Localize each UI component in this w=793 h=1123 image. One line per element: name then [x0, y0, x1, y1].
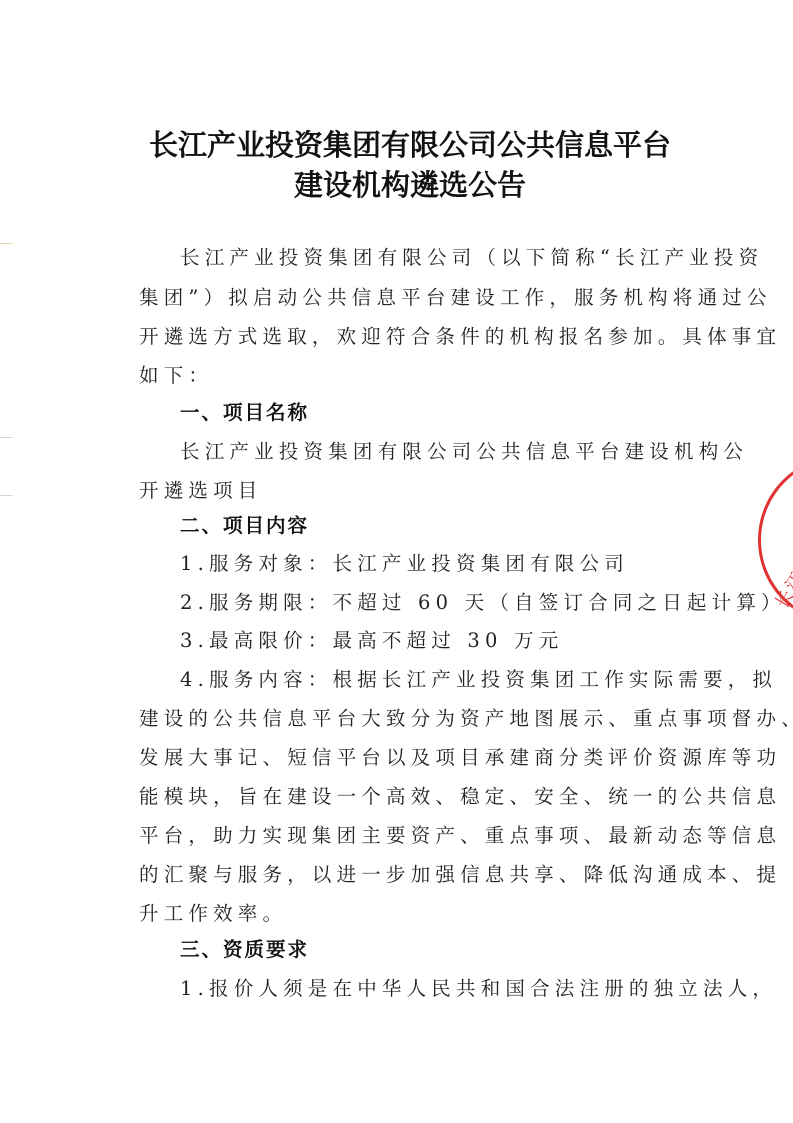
- intro-paragraph-line: 如下：: [139, 363, 699, 389]
- intro-paragraph-line: 集团”）拟启动公共信息平台建设工作，服务机构将通过公: [139, 285, 699, 311]
- service-content-line: 建设的公共信息平台大致分为资产地图展示、重点事项督办、: [139, 706, 699, 732]
- service-content-line: 平台，助力实现集团主要资产、重点事项、最新动态等信息: [139, 823, 699, 849]
- document-page: 长江产业投资集团有限公司公共信息平台 建设机构遴选公告 长江产业投资集团有限公司…: [0, 0, 793, 1123]
- document-title-line1: 长江产业投资集团有限公司公共信息平台: [140, 123, 680, 164]
- section1-text-line: 长江产业投资集团有限公司公共信息平台建设机构公: [180, 439, 740, 465]
- service-content-line: 4.服务内容：根据长江产业投资集团工作实际需要，拟: [180, 667, 740, 693]
- service-target-item: 1.服务对象：长江产业投资集团有限公司: [180, 551, 740, 577]
- section-heading-project-name: 一、项目名称: [180, 400, 740, 426]
- service-content-line: 升工作效率。: [139, 901, 699, 927]
- section1-text-line: 开遴选项目: [139, 478, 699, 504]
- margin-mark: [0, 437, 13, 438]
- section-heading-qualification: 三、资质要求: [180, 937, 740, 963]
- intro-paragraph-line: 开遴选方式选取，欢迎符合条件的机构报名参加。具体事宜: [139, 324, 699, 350]
- intro-paragraph-line: 长江产业投资集团有限公司（以下简称“长江产业投资: [180, 245, 740, 271]
- document-title-line2: 建设机构遴选公告: [140, 163, 680, 204]
- margin-mark: [0, 243, 13, 244]
- price-limit-item: 3.最高限价：最高不超过 30 万元: [180, 628, 740, 654]
- service-period-item: 2.服务期限：不超过 60 天（自签订合同之日起计算）: [180, 590, 740, 616]
- service-content-line: 能模块，旨在建设一个高效、稳定、安全、统一的公共信息: [139, 784, 699, 810]
- section-heading-project-content: 二、项目内容: [180, 513, 740, 539]
- margin-mark: [0, 495, 13, 496]
- qualification-item: 1.报价人须是在中华人民共和国合法注册的独立法人，: [180, 976, 740, 1002]
- service-content-line: 的汇聚与服务，以进一步加强信息共享、降低沟通成本、提: [139, 862, 699, 888]
- service-content-line: 发展大事记、短信平台以及项目承建商分类评价资源库等功: [139, 745, 699, 771]
